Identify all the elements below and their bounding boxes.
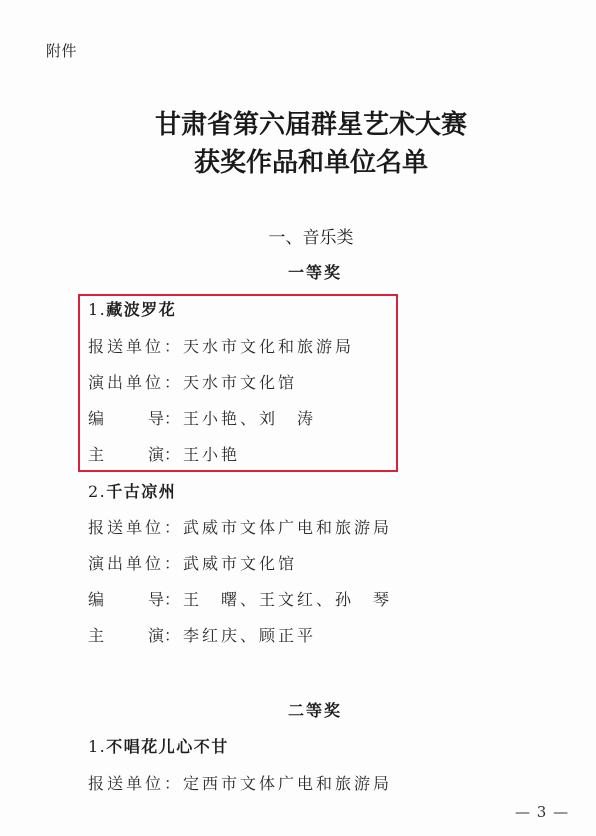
lead-performer-row: 主演：王小艳 [88,443,240,467]
colon: ： [164,588,183,612]
colon: ： [164,552,183,576]
director-label-char2: 导 [148,407,164,431]
attachment-label: 附件 [46,40,77,61]
director-label: 编导 [88,588,164,612]
lead-performer-label: 主演 [88,624,164,648]
entry-title: 1.藏波罗花 [88,298,176,322]
colon: ： [164,516,183,540]
entry-name: 不唱花儿心不甘 [106,737,229,756]
performing-unit-label: 演出单位 [88,371,164,395]
colon: ： [164,624,183,648]
director-label-char1: 编 [88,407,104,431]
submitting-unit-value: 武威市文体广电和旅游局 [183,516,392,540]
performing-unit-value: 天水市文化馆 [183,371,297,395]
lead-performer-value: 王小艳 [183,443,240,467]
performing-unit-row: 演出单位：天水市文化馆 [88,371,297,395]
colon: ： [164,407,183,431]
entry-name: 千古凉州 [106,482,176,501]
entry-name: 藏波罗花 [106,300,176,319]
performing-unit-row: 演出单位：武威市文化馆 [88,552,297,576]
award-heading-first-prize: 一等奖 [0,261,596,285]
lead-performer-label: 主演 [88,443,164,467]
document-title-line2: 获奖作品和单位名单 [0,144,596,182]
section-heading-music: 一、音乐类 [0,226,596,250]
submitting-unit-value: 天水市文化和旅游局 [183,335,354,359]
submitting-unit-row: 报送单位：天水市文化和旅游局 [88,335,354,359]
entry-number: 1. [88,737,106,756]
submitting-unit-label: 报送单位 [88,335,164,359]
page-number: — 3 — [515,802,569,822]
colon: ： [164,443,183,467]
lead-label-char1: 主 [88,624,104,648]
document-title-line1: 甘肃省第六届群星艺术大赛 [0,106,596,144]
submitting-unit-label: 报送单位 [88,516,164,540]
entry-number: 1. [88,300,106,319]
lead-performer-row: 主演：李红庆、顾正平 [88,624,316,648]
submitting-unit-row: 报送单位：武威市文体广电和旅游局 [88,516,392,540]
lead-label-char2: 演 [148,443,164,467]
award-heading-second-prize: 二等奖 [0,699,596,723]
submitting-unit-value: 定西市文体广电和旅游局 [183,772,392,796]
submitting-unit-row: 报送单位：定西市文体广电和旅游局 [88,772,392,796]
entry-number: 2. [88,482,106,501]
submitting-unit-label: 报送单位 [88,772,164,796]
lead-performer-value: 李红庆、顾正平 [183,624,316,648]
lead-label-char2: 演 [148,624,164,648]
colon: ： [164,371,183,395]
colon: ： [164,335,183,359]
document-page: 附件 甘肃省第六届群星艺术大赛 获奖作品和单位名单 一、音乐类 一等奖 1.藏波… [0,0,596,836]
director-label-char2: 导 [148,588,164,612]
director-row: 编导：王小艳、刘 涛 [88,407,316,431]
director-row: 编导：王 曙、王文红、孙 琴 [88,588,392,612]
performing-unit-label: 演出单位 [88,552,164,576]
director-label: 编导 [88,407,164,431]
performing-unit-value: 武威市文化馆 [183,552,297,576]
lead-label-char1: 主 [88,443,104,467]
director-label-char1: 编 [88,588,104,612]
director-value: 王 曙、王文红、孙 琴 [183,588,392,612]
colon: ： [164,772,183,796]
director-value: 王小艳、刘 涛 [183,407,316,431]
entry-title: 1.不唱花儿心不甘 [88,735,229,759]
entry-title: 2.千古凉州 [88,480,176,504]
